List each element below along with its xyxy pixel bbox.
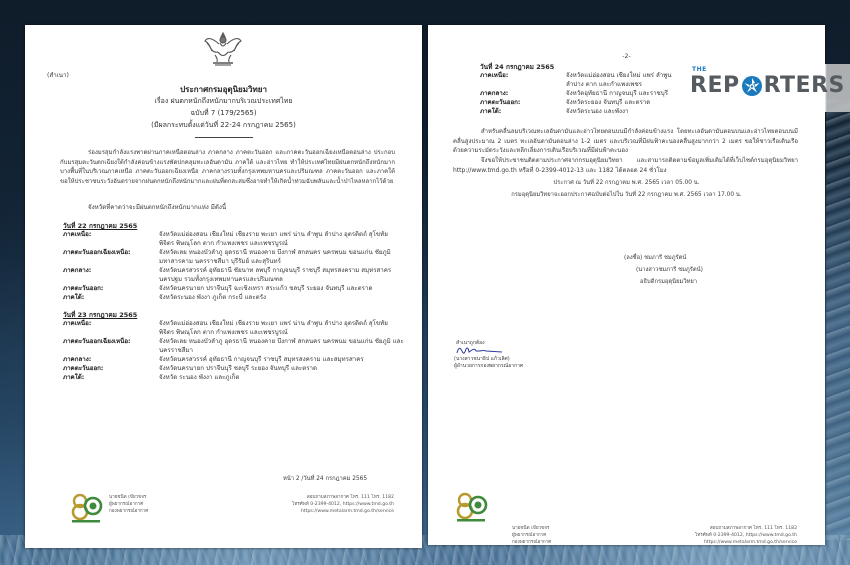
signer-position: อธิบดีกรมอุตุนิยมวิทยา — [640, 278, 697, 287]
region-provinces: จังหวัดนครสวรรค์ อุทัยธานี ชัยนาท ลพบุรี… — [159, 266, 404, 284]
watermark-word-right: RTERS — [764, 73, 845, 98]
region-provinces: จังหวัด ระนอง พังงา และภูเก็ต — [159, 373, 404, 382]
camera-aperture-icon — [741, 75, 763, 97]
follow-updates-text: จึงขอให้ประชาชนติดตามประกาศจากกรมอุตุนิย… — [453, 157, 798, 174]
sea-conditions-text: สำหรับคลื่นลมบริเวณทะเลอันดามันและอ่าวไท… — [453, 128, 798, 154]
day-2-region-central: ภาคกลาง: จังหวัดนครสวรรค์ อุทัยธานี กาญจ… — [63, 355, 404, 364]
footer-right-line: โทรศัพท์ 0-2399-4012, https://www.tmd.go… — [695, 532, 797, 539]
region-label: ภาคตะวันออก: — [480, 98, 566, 107]
region-provinces: จังหวัดนครสวรรค์ อุทัยธานี กาญจนบุรี ราช… — [159, 355, 404, 364]
day-1-region-east: ภาคตะวันออก: จังหวัดนครนายก ปราจีนบุรี ฉ… — [63, 284, 404, 293]
region-label: ภาคตะวันออกเฉียงเหนือ: — [63, 337, 159, 355]
footer-left-line: ผู้พยากรณ์อากาศ — [109, 501, 148, 508]
the-reporters-watermark: THE REP RTERS — [684, 64, 850, 112]
footer-right-line: https://www.metalarm.tmd.go.th/service — [695, 539, 797, 546]
region-provinces: จังหวัดแม่ฮ่องสอน เชียงใหม่ เชียงราย พะเ… — [159, 319, 404, 337]
footer-right-line: สอบถามสภาพอากาศ โทร. 111 โทร. 1182 — [695, 525, 797, 532]
document-subject: เรื่อง ฝนตกหนักถึงหนักมากบริเวณประเทศไทย — [25, 96, 422, 107]
tmd-80-years-logo-icon — [454, 490, 488, 524]
announcement-page-1: (สำเนา) ประกาศกรมอุตุนิยมวิทยา เรื่อง ฝน… — [25, 25, 422, 548]
region-label: ภาคตะวันออกเฉียงเหนือ: — [63, 248, 159, 266]
effective-period: (มีผลกระทบตั้งแต่วันที่ 22-24 กรกฎาคม 25… — [25, 120, 422, 131]
region-label: ภาคเหนือ: — [63, 230, 159, 248]
region-provinces: จังหวัดเลย หนองบัวลำภู อุดรธานี หนองคาย … — [159, 337, 404, 355]
region-label: ภาคตะวันออก: — [63, 364, 159, 373]
day-2-region-south: ภาคใต้: จังหวัด ระนอง พังงา และภูเก็ต — [63, 373, 404, 382]
region-provinces: จังหวัดระนอง พังงา ภูเก็ต กระบี่ และตรัง — [159, 293, 404, 302]
region-label: ภาคกลาง: — [63, 355, 159, 364]
region-label: ภาคกลาง: — [480, 89, 566, 98]
footer-contact-left: นายชนิด เขียวขจร ผู้พยากรณ์อากาศ กองพยาก… — [109, 494, 148, 515]
intro-paragraph-text: ร่องมรสุมกำลังแรงพาดผ่านภาคเหนือตอนล่าง … — [60, 149, 395, 185]
watermark-word-left: REP — [690, 73, 740, 98]
watermark-the: THE — [692, 66, 707, 73]
day-2-region-east: ภาคตะวันออก: จังหวัดนครนายก ปราจีนบุรี ช… — [63, 364, 404, 373]
page-note: หน้า 2 /วันที่ 24 กรกฎาคม 2565 — [283, 475, 367, 484]
region-label: ภาคใต้: — [480, 107, 566, 116]
footer-right-line: https://www.metalarm.tmd.go.th/service — [292, 508, 394, 515]
issue-number: ฉบับที่ 7 (179/2565) — [25, 108, 422, 119]
day-2-region-northeast: ภาคตะวันออกเฉียงเหนือ: จังหวัดเลย หนองบั… — [63, 337, 404, 355]
day-1-region-south: ภาคใต้: จังหวัดระนอง พังงา ภูเก็ต กระบี่… — [63, 293, 404, 302]
certifier-position: ผู้อำนวยการกองพยากรณ์อากาศ — [454, 363, 523, 370]
region-provinces: จังหวัดเลย หนองบัวลำภู อุดรธานี หนองคาย … — [159, 248, 404, 266]
background-sea-foam-right — [826, 100, 850, 540]
garuda-emblem-icon — [201, 29, 245, 69]
region-label: ภาคเหนือ: — [480, 71, 566, 89]
footer-contact-right: สอบถามสภาพอากาศ โทร. 111 โทร. 1182 โทรศั… — [695, 525, 797, 546]
region-label: ภาคใต้: — [63, 373, 159, 382]
watermark-wordmark: REP RTERS — [690, 73, 845, 98]
day-1-region-northeast: ภาคตะวันออกเฉียงเหนือ: จังหวัดเลย หนองบั… — [63, 248, 404, 266]
region-provinces: จังหวัดแม่ฮ่องสอน เชียงใหม่ แพร่ ลำพูน ล… — [566, 71, 681, 89]
region-label: ภาคใต้: — [63, 293, 159, 302]
title-divider — [195, 137, 253, 138]
day-1-region-north: ภาคเหนือ: จังหวัดแม่ฮ่องสอน เชียงใหม่ เช… — [63, 230, 404, 248]
day-1-region-central: ภาคกลาง: จังหวัดนครสวรรค์ อุทัยธานี ชัยน… — [63, 266, 404, 284]
footer-contact-right: สอบถามสภาพอากาศ โทร. 111 โทร. 1182 โทรศั… — [292, 494, 394, 515]
footer-right-line: สอบถามสภาพอากาศ โทร. 111 โทร. 1182 — [292, 494, 394, 501]
page-number: -2- — [428, 52, 825, 61]
next-issue-time: กรมอุตุนิยมวิทยาจะออกประกาศฉบับต่อไปใน ว… — [428, 191, 825, 200]
region-label: ภาคเหนือ: — [63, 319, 159, 337]
region-label: ภาคตะวันออก: — [63, 284, 159, 293]
tmd-80-years-logo-icon — [69, 491, 103, 525]
certifier-name: (นางสาวชนาธิป แก้วเลิศ) — [454, 356, 510, 363]
region-provinces: จังหวัดนครนายก ปราจีนบุรี ชลบุรี ระยอง จ… — [159, 364, 404, 373]
region-provinces: จังหวัดแม่ฮ่องสอน เชียงใหม่ เชียงราย พะเ… — [159, 230, 404, 248]
footer-left-line: ผู้พยากรณ์อากาศ — [512, 532, 551, 539]
region-label: ภาคกลาง: — [63, 266, 159, 284]
intro-paragraph: ร่องมรสุมกำลังแรงพาดผ่านภาคเหนือตอนล่าง … — [60, 148, 395, 186]
footer-left-line: กองพยากรณ์อากาศ — [109, 508, 148, 515]
footer-left-line: นายชนิด เขียวขจร — [512, 525, 551, 532]
footer-right-line: โทรศัพท์ 0-2399-4012, https://www.tmd.go… — [292, 501, 394, 508]
province-list-intro: จังหวัดที่คาดว่าจะมีฝนตกหนักถึงหนักมากแห… — [88, 203, 226, 212]
day-2-region-north: ภาคเหนือ: จังหวัดแม่ฮ่องสอน เชียงใหม่ เช… — [63, 319, 404, 337]
announced-time: ประกาศ ณ วันที่ 22 กรกฎาคม พ.ศ. 2565 เวล… — [428, 179, 825, 188]
footer-left-line: กองพยากรณ์อากาศ — [512, 539, 551, 546]
footer-left-line: นายชนิด เขียวขจร — [109, 494, 148, 501]
copy-label: (สำเนา) — [47, 71, 69, 80]
footer-contact-left: นายชนิด เขียวขจร ผู้พยากรณ์อากาศ กองพยาก… — [512, 525, 551, 546]
signer-signature-line: (ลงชื่อ) ชมภารี ชมภูรัตน์ — [624, 254, 686, 263]
day-3-region-north: ภาคเหนือ: จังหวัดแม่ฮ่องสอน เชียงใหม่ แพ… — [480, 71, 681, 89]
signer-name: (นางสาวชมภารี ชมภูรัตน์) — [636, 266, 703, 275]
document-title: ประกาศกรมอุตุนิยมวิทยา — [25, 83, 422, 96]
sea-conditions-paragraph: สำหรับคลื่นลมบริเวณทะเลอันดามันและอ่าวไท… — [453, 127, 798, 156]
handwritten-signature-icon — [454, 343, 504, 357]
region-provinces: จังหวัดนครนายก ปราจีนบุรี ฉะเชิงเทรา สระ… — [159, 284, 404, 293]
follow-updates-paragraph: จึงขอให้ประชาชนติดตามประกาศจากกรมอุตุนิย… — [453, 156, 798, 175]
